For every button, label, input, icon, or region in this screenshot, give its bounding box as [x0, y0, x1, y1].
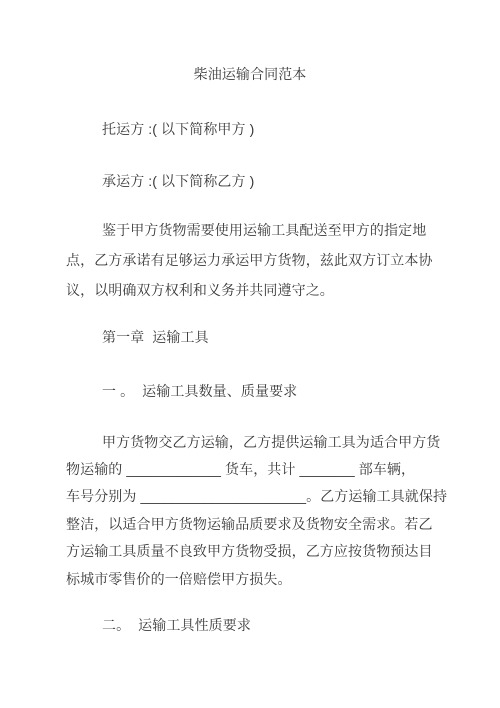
contract-document-page: 柴油运输合同范本 托运方 :( 以下简称甲方 ) 承运方 :( 以下简称乙方 )…	[0, 0, 500, 708]
chapter-1-heading: 第一章 运输工具	[102, 328, 209, 346]
section-1-body-line: 整洁，以适合甲方货物运输品质要求及货物安全需求。若乙	[66, 515, 433, 533]
section-2-heading: 二。 运输工具性质要求	[102, 616, 251, 634]
preamble-line: 议，以明确双方权利和义务并共同遵守之。	[66, 281, 334, 299]
section-1-body-line: 车号分别为 _____________________。乙方运输工具就保持	[66, 487, 447, 505]
preamble-line: 点，乙方承诺有足够运力承运甲方货物，兹此双方订立本协	[66, 251, 433, 269]
section-1-heading: 一 。 运输工具数量、质量要求	[102, 382, 297, 400]
preamble-line: 鉴于甲方货物需要使用运输工具配送至甲方的指定地	[102, 221, 426, 239]
document-title: 柴油运输合同范本	[0, 65, 500, 83]
party-carrier-line: 承运方 :( 以下简称乙方 )	[102, 172, 254, 190]
section-1-body-line: 物运输的 ____________ 货车，共计 _______ 部车辆，	[66, 460, 415, 478]
section-1-body-line: 标城市零售价的一倍赔偿甲方损失。	[66, 570, 292, 588]
party-shipper-line: 托运方 :( 以下简称甲方 )	[102, 120, 254, 138]
section-1-body-line: 甲方货物交乙方运输，乙方提供运输工具为适合甲方货	[102, 433, 440, 451]
section-1-body-line: 方运输工具质量不良致甲方货物受损，乙方应按货物预达目	[66, 542, 433, 560]
